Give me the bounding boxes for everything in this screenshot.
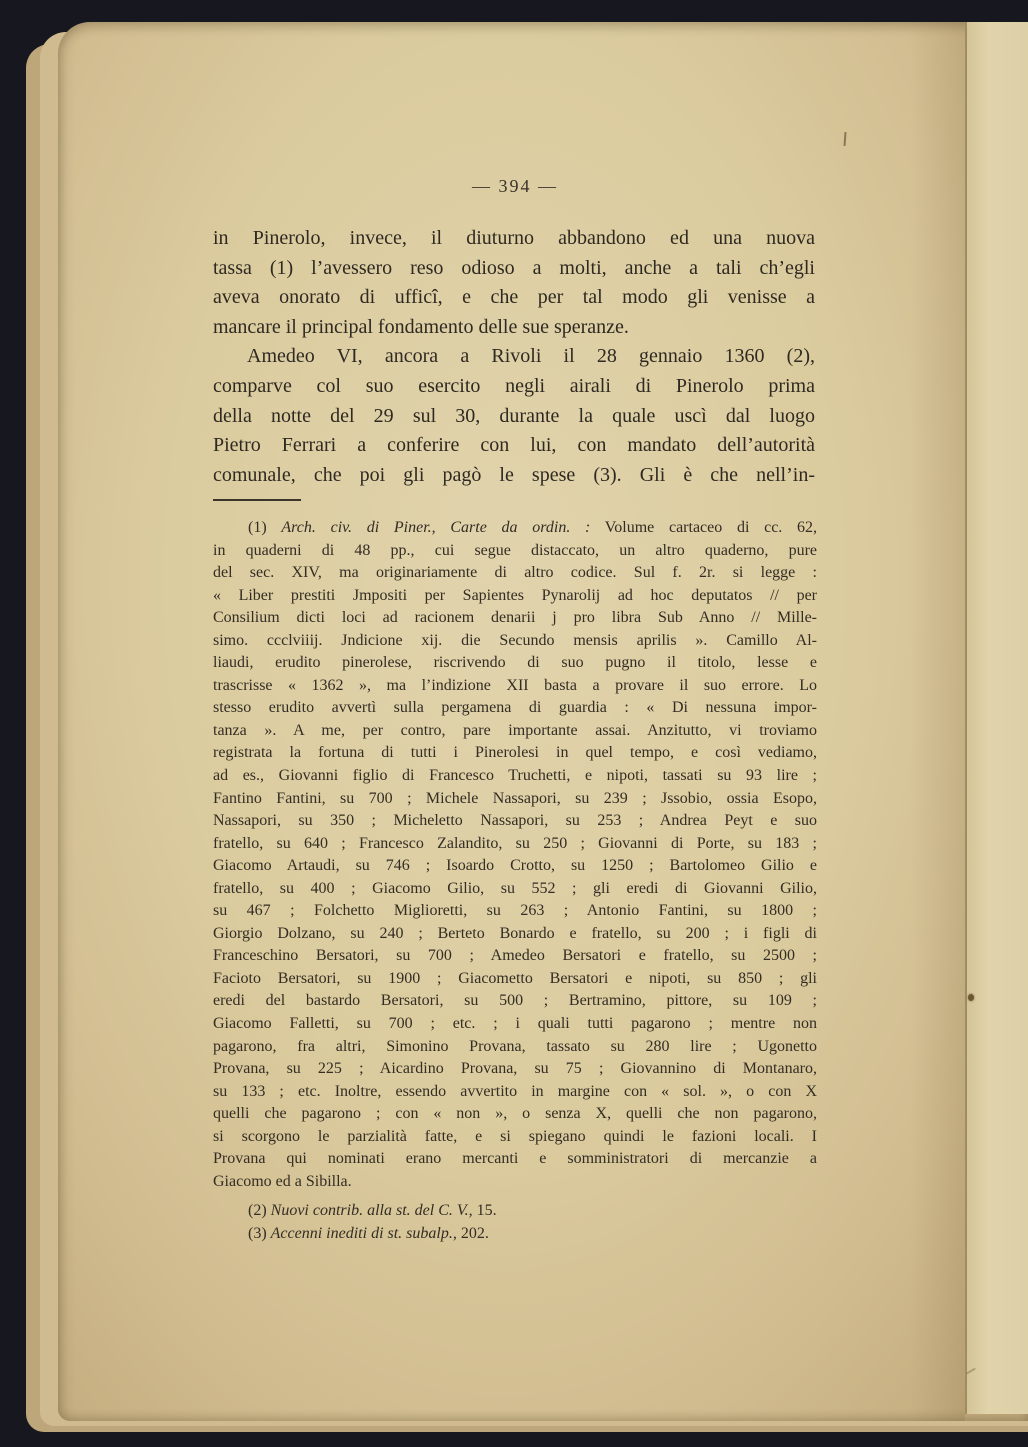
paper-speck xyxy=(968,994,974,1001)
footnote-line: quelli che pagarono ; con « non », o sen… xyxy=(213,1103,817,1126)
footnote-line: Franceschino Bersatori, su 700 ; Amedeo … xyxy=(213,945,817,968)
footnote-3-page-ref: 202. xyxy=(457,1225,489,1242)
footnote-line: simo. ccclviiij. Jndicione xij. die Secu… xyxy=(213,630,817,653)
footnote-line: Giacomo ed a Sibilla. xyxy=(213,1171,817,1194)
footnote-line: « Liber prestiti Jmpositi per Sapientes … xyxy=(213,585,817,608)
footnote-line: si scorgono le parzialità fatte, e si sp… xyxy=(213,1126,817,1149)
footnote-source-line: (1) Arch. civ. di Piner., Carte da ordin… xyxy=(213,517,817,540)
footnote-3: (3) Accenni inediti di st. subalp., 202. xyxy=(213,1223,817,1246)
text-line: Pietro Ferrari a conferire con lui, con … xyxy=(213,431,815,461)
footnote-1: (1) Arch. civ. di Piner., Carte da ordin… xyxy=(213,517,817,1193)
page-fold-shadow xyxy=(910,22,965,1421)
footnote-1-source-title: Arch. civ. di Piner., Carte da ordin. : xyxy=(281,519,590,536)
text-line: in Pinerolo, invece, il diuturno abbando… xyxy=(213,224,815,254)
footnote-line: Provana qui nominati erano mercanti e so… xyxy=(213,1148,817,1171)
text-line: mancare il principal fondamento delle su… xyxy=(213,313,815,343)
footnote-2-page-ref: 15. xyxy=(473,1202,497,1219)
text-line: della notte del 29 sul 30, durante la qu… xyxy=(213,402,815,432)
footnote-2-title: Nuovi contrib. alla st. del C. V., xyxy=(271,1202,473,1219)
footnote-3-title: Accenni inediti di st. subalp., xyxy=(271,1225,457,1242)
footnote-line: eredi del bastardo Bersatori, su 500 ; B… xyxy=(213,990,817,1013)
footnote-3-marker: (3) xyxy=(248,1225,271,1242)
footnotes: (1) Arch. civ. di Piner., Carte da ordin… xyxy=(213,517,817,1246)
text-line: comunale, che poi gli pagò le spese (3).… xyxy=(213,461,815,491)
footnote-line: ad es., Giovanni figlio di Francesco Tru… xyxy=(213,765,817,788)
text-line: tassa (1) l’avessero reso odioso a molti… xyxy=(213,254,815,284)
footnote-line: del sec. XIV, ma originariamente di altr… xyxy=(213,562,817,585)
footnote-line: Consilium dicti loci ad racionem denarii… xyxy=(213,607,817,630)
footnote-line: fratello, su 640 ; Francesco Zalandito, … xyxy=(213,833,817,856)
footnote-1-source-rest: Volume cartaceo di cc. 62, xyxy=(590,519,817,536)
page-number: — 394 — xyxy=(213,176,817,197)
footnote-line: in quaderni di 48 pp., cui segue distacc… xyxy=(213,540,817,563)
footnote-line: pagarono, fra altri, Simonino Provana, t… xyxy=(213,1036,817,1059)
footnote-line: su 467 ; Folchetto Miglioretti, su 263 ;… xyxy=(213,900,817,923)
footnote-line: Giacomo Falletti, su 700 ; etc. ; i qual… xyxy=(213,1013,817,1036)
footnote-1-marker: (1) xyxy=(248,519,281,536)
paragraph-1-lines: in Pinerolo, invece, il diuturno abbando… xyxy=(213,224,815,313)
footnote-line: trascrisse « 1362 », ma l’indizione XII … xyxy=(213,675,817,698)
footnote-line: registrata la fortuna di tutti i Pinerol… xyxy=(213,742,817,765)
text-line: comparve col suo esercito negli airali d… xyxy=(213,372,815,402)
footnote-line: stesso erudito avvertì sulla pergamena d… xyxy=(213,697,817,720)
footnote-separator-rule xyxy=(213,499,301,501)
footnote-line: Giacomo Artaudi, su 746 ; Isoardo Crotto… xyxy=(213,855,817,878)
main-text: in Pinerolo, invece, il diuturno abbando… xyxy=(213,224,815,490)
footnote-line: Fantino Fantini, su 700 ; Michele Nassap… xyxy=(213,788,817,811)
text-line: aveva onorato di ufficî, e che per tal m… xyxy=(213,283,815,313)
footnote-line: Giorgio Dolzano, su 240 ; Berteto Bonard… xyxy=(213,923,817,946)
footnote-2: (2) Nuovi contrib. alla st. del C. V., 1… xyxy=(213,1200,817,1223)
next-page-edge xyxy=(965,22,1028,1414)
footnote-line: Nassapori, su 350 ; Micheletto Nassapori… xyxy=(213,810,817,833)
footnote-line: Facioto Bersatori, su 1900 ; Giacometto … xyxy=(213,968,817,991)
footnote-1-lines: in quaderni di 48 pp., cui segue distacc… xyxy=(213,540,817,1171)
footnote-line: fratello, su 400 ; Giacomo Gilio, su 552… xyxy=(213,878,817,901)
footnote-line: liaudi, erudito pinerolese, riscrivendo … xyxy=(213,652,817,675)
footnote-line: su 133 ; etc. Inoltre, essendo avvertito… xyxy=(213,1081,817,1104)
footnote-line: Provana, su 225 ; Aicardino Provana, su … xyxy=(213,1058,817,1081)
footnote-line: tanza ». A me, per contro, pare importan… xyxy=(213,720,817,743)
text-line: Amedeo VI, ancora a Rivoli il 28 gennaio… xyxy=(213,342,815,372)
footnote-2-marker: (2) xyxy=(248,1202,271,1219)
paragraph-2-lines: comparve col suo esercito negli airali d… xyxy=(213,372,815,490)
